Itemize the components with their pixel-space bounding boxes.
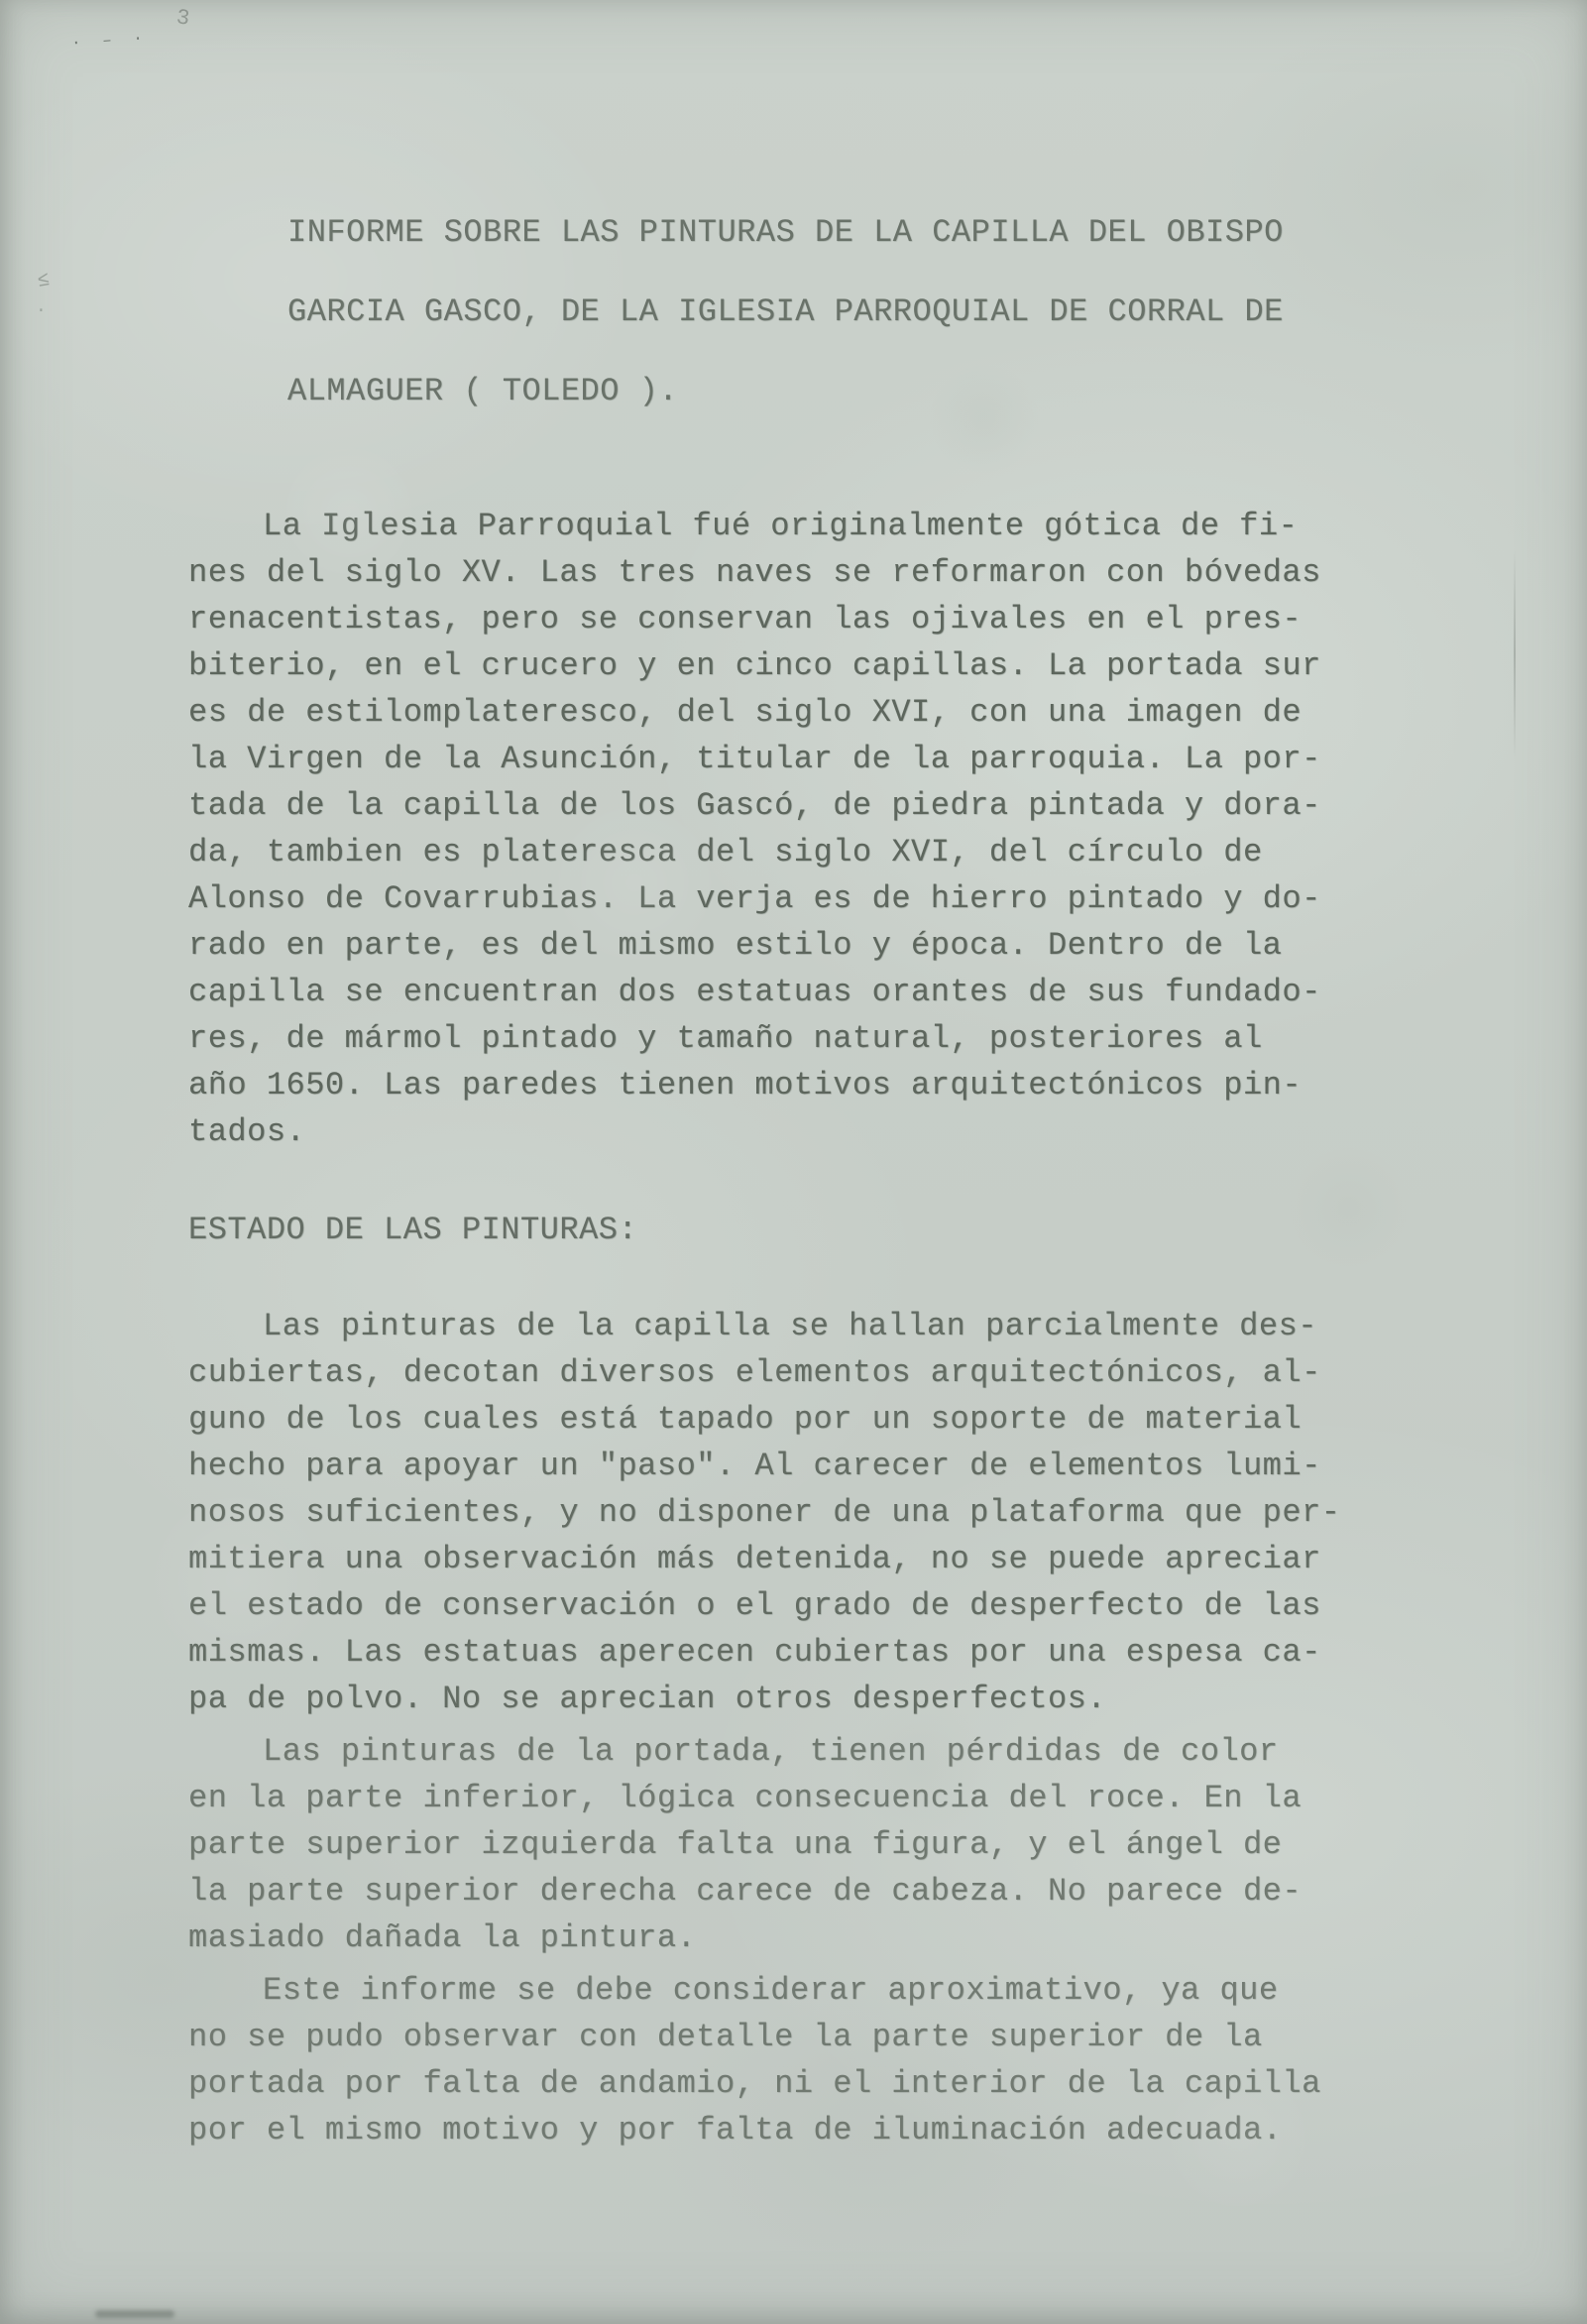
text-line: biterio, en el crucero y en cinco capill… [188,642,1587,689]
text-line: ALMAGUER ( TOLEDO ). [287,352,1587,431]
text-line: INFORME SOBRE LAS PINTURAS DE LA CAPILLA… [287,193,1587,273]
text-line: la parte superior derecha carece de cabe… [188,1868,1587,1915]
text-line: nosos suficientes, y no disponer de una … [188,1489,1587,1536]
text-line: da, tambien es plateresca del siglo XVI,… [188,829,1587,875]
text-line: pa de polvo. No se aprecian otros desper… [188,1676,1587,1722]
section-heading: ESTADO DE LAS PINTURAS: [188,1207,1587,1253]
text-line: res, de mármol pintado y tamaño natural,… [188,1015,1587,1062]
text-line: rado en parte, es del mismo estilo y épo… [188,922,1587,969]
text-line: no se pudo observar con detalle la parte… [188,2014,1587,2060]
paragraph-chapel-paintings-state: Las pinturas de la capilla se hallan par… [188,1303,1587,1722]
text-line: Las pinturas de la capilla se hallan par… [188,1303,1587,1349]
text-line: Las pinturas de la portada, tienen pérdi… [188,1728,1587,1775]
text-line: año 1650. Las paredes tienen motivos arq… [188,1062,1587,1108]
text-line: portada por falta de andamio, ni el inte… [188,2060,1587,2107]
paragraph-church-description: La Iglesia Parroquial fué originalmente … [188,503,1587,1155]
document-title: INFORME SOBRE LAS PINTURAS DE LA CAPILLA… [287,193,1587,431]
text-line: hecho para apoyar un "paso". Al carecer … [188,1443,1587,1489]
text-line: capilla se encuentran dos estatuas orant… [188,969,1587,1015]
text-line: GARCIA GASCO, DE LA IGLESIA PARROQUIAL D… [287,273,1587,352]
scan-edge-streak [95,2310,174,2318]
text-line: tados. [188,1108,1587,1155]
text-line: guno de los cuales está tapado por un so… [188,1396,1587,1443]
text-line: Alonso de Covarrubias. La verja es de hi… [188,875,1587,922]
text-line: masiado dañada la pintura. [188,1915,1587,1961]
text-line: la Virgen de la Asunción, titular de la … [188,736,1587,782]
text-line: nes del siglo XV. Las tres naves se refo… [188,549,1587,596]
text-line: por el mismo motivo y por falta de ilumi… [188,2107,1587,2153]
paragraph-portal-paintings-state: Las pinturas de la portada, tienen pérdi… [188,1728,1587,1961]
text-line: mitiera una observación más detenida, no… [188,1536,1587,1582]
pencil-mark-left-1: ≤ [36,269,52,293]
text-line: renacentistas, pero se conservan las oji… [188,596,1587,642]
text-line: tada de la capilla de los Gascó, de pied… [188,782,1587,829]
text-line: parte superior izquierda falta una figur… [188,1821,1587,1868]
text-line: el estado de conservación o el grado de … [188,1582,1587,1629]
paragraph-report-disclaimer: Este informe se debe considerar aproxima… [188,1967,1587,2153]
text-line: mismas. Las estatuas aperecen cubiertas … [188,1629,1587,1676]
pencil-mark-left-2: · [36,301,47,321]
pencil-mark-top: 3 [174,5,191,32]
text-line: cubiertas, decotan diversos elementos ar… [188,1349,1587,1396]
text-line: en la parte inferior, lógica consecuenci… [188,1775,1587,1821]
scanned-document-page: · – · 3 ≤ · INFORME SOBRE LAS PINTURAS D… [0,0,1587,2324]
text-line: Este informe se debe considerar aproxima… [188,1967,1587,2014]
text-line: La Iglesia Parroquial fué originalmente … [188,503,1587,549]
text-line: es de estilomplateresco, del siglo XVI, … [188,689,1587,736]
pencil-mark-corner: · – · [70,29,149,52]
